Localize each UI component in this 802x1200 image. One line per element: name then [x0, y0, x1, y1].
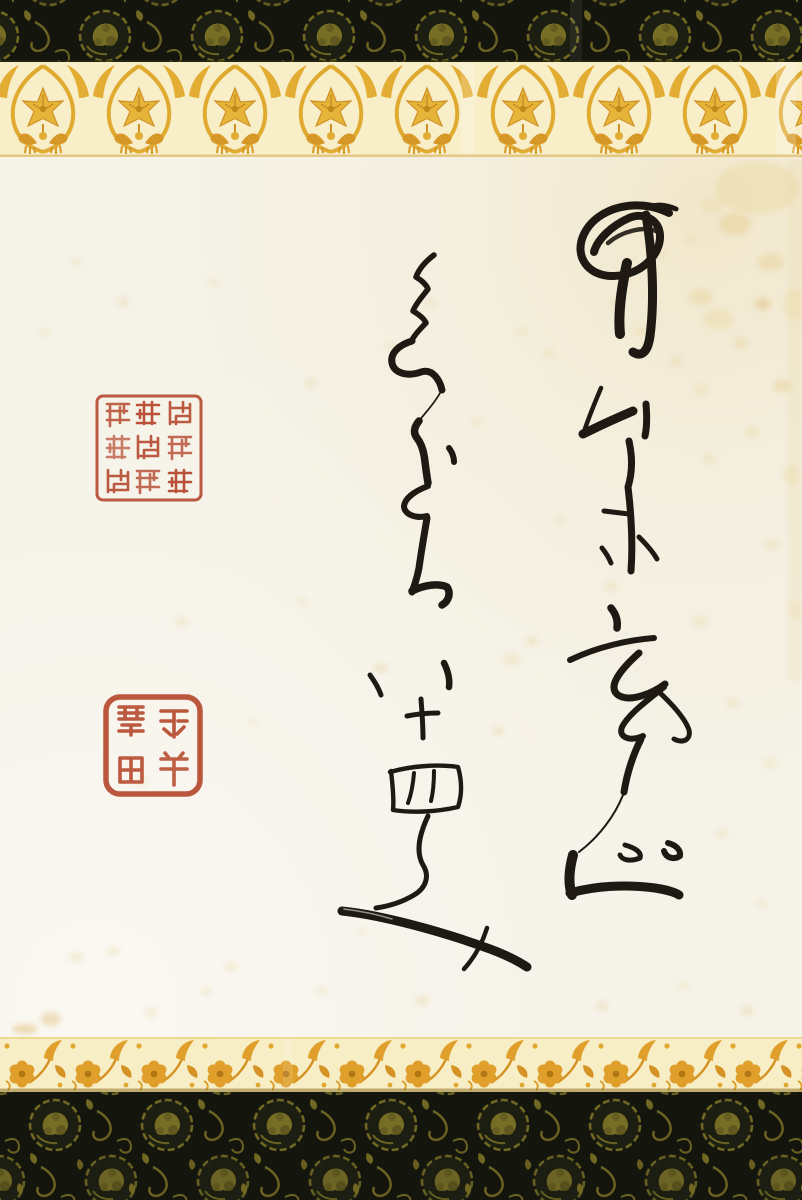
foxing-spot [415, 996, 429, 1006]
gold-silk-band-bottom [0, 1037, 802, 1092]
fabric-crease [283, 1037, 293, 1092]
gold-silk-fabric [0, 62, 802, 157]
foxing-spot [756, 898, 768, 908]
foxing-spot [740, 1006, 754, 1016]
foxing-spot [39, 328, 51, 338]
foxing-spot [715, 162, 799, 214]
foxing-spot [692, 616, 708, 628]
gold-silk-fabric [0, 1037, 802, 1092]
brush-stroke [407, 713, 438, 716]
foxing-spot [145, 1008, 157, 1018]
foxing-spot [12, 1024, 38, 1034]
foxing-spot [516, 327, 528, 335]
foxing-spot [69, 952, 83, 962]
foxing-spot [745, 427, 759, 437]
foxing-spot [719, 213, 751, 235]
band-edge [0, 155, 802, 158]
foxing-spot [224, 962, 238, 972]
foxing-spot [492, 726, 504, 736]
foxing-spot [72, 258, 82, 266]
fabric-crease [776, 62, 796, 157]
foxing-spot [765, 540, 779, 550]
foxing-spot [117, 297, 129, 307]
foxing-spot [734, 338, 748, 348]
foxing-streak [788, 160, 802, 680]
scroll-canvas [0, 0, 802, 1200]
foxing-spot [41, 1012, 61, 1026]
foxing-spot [763, 758, 777, 768]
foxing-spot [107, 947, 119, 955]
brush-stroke [628, 441, 632, 571]
foxing-spot [357, 927, 367, 935]
brocade-fabric [0, 1092, 802, 1200]
brocade-fabric [0, 0, 802, 62]
band-edge [0, 1089, 802, 1093]
foxing-spot [758, 253, 784, 271]
foxing-spot [176, 617, 188, 627]
foxing-spot [471, 417, 483, 427]
foxing-spot [248, 718, 258, 726]
foxing-spot [677, 981, 689, 991]
foxing-spot [305, 378, 317, 388]
foxing-spot [595, 1001, 609, 1011]
foxing-spot [544, 349, 554, 357]
foxing-spot [684, 234, 696, 244]
gold-silk-band-top [0, 62, 802, 157]
foxing-spot [727, 698, 739, 708]
foxing-spot [701, 198, 723, 214]
brocade-border-top [0, 0, 802, 63]
foxing-spot [670, 356, 682, 366]
foxing-spot [374, 663, 388, 673]
foxing-spot [208, 278, 220, 286]
foxing-spot [693, 384, 709, 396]
foxing-spot [703, 454, 715, 464]
hanging-scroll-photo [0, 0, 802, 1200]
foxing-spot [716, 829, 728, 837]
foxing-spot [604, 581, 618, 591]
fabric-crease [461, 62, 474, 157]
brush-stroke [421, 699, 423, 738]
foxing-spot [426, 298, 436, 306]
band-edge [0, 1037, 802, 1039]
paper-panel [0, 157, 802, 1037]
brush-stroke [645, 404, 647, 436]
foxing-spot [703, 309, 733, 329]
foxing-spot [503, 653, 519, 665]
foxing-spot [201, 987, 211, 995]
paper-tone-light [0, 157, 802, 1037]
foxing-spot [689, 289, 713, 305]
foxing-spot [554, 516, 566, 526]
fabric-crease [570, 0, 582, 62]
brush-stroke [604, 511, 629, 514]
foxing-spot [316, 987, 328, 995]
foxing-spot [755, 298, 771, 310]
foxing-spot [526, 636, 538, 646]
foxing-spot [296, 597, 308, 607]
brocade-border-bottom [0, 1092, 802, 1200]
